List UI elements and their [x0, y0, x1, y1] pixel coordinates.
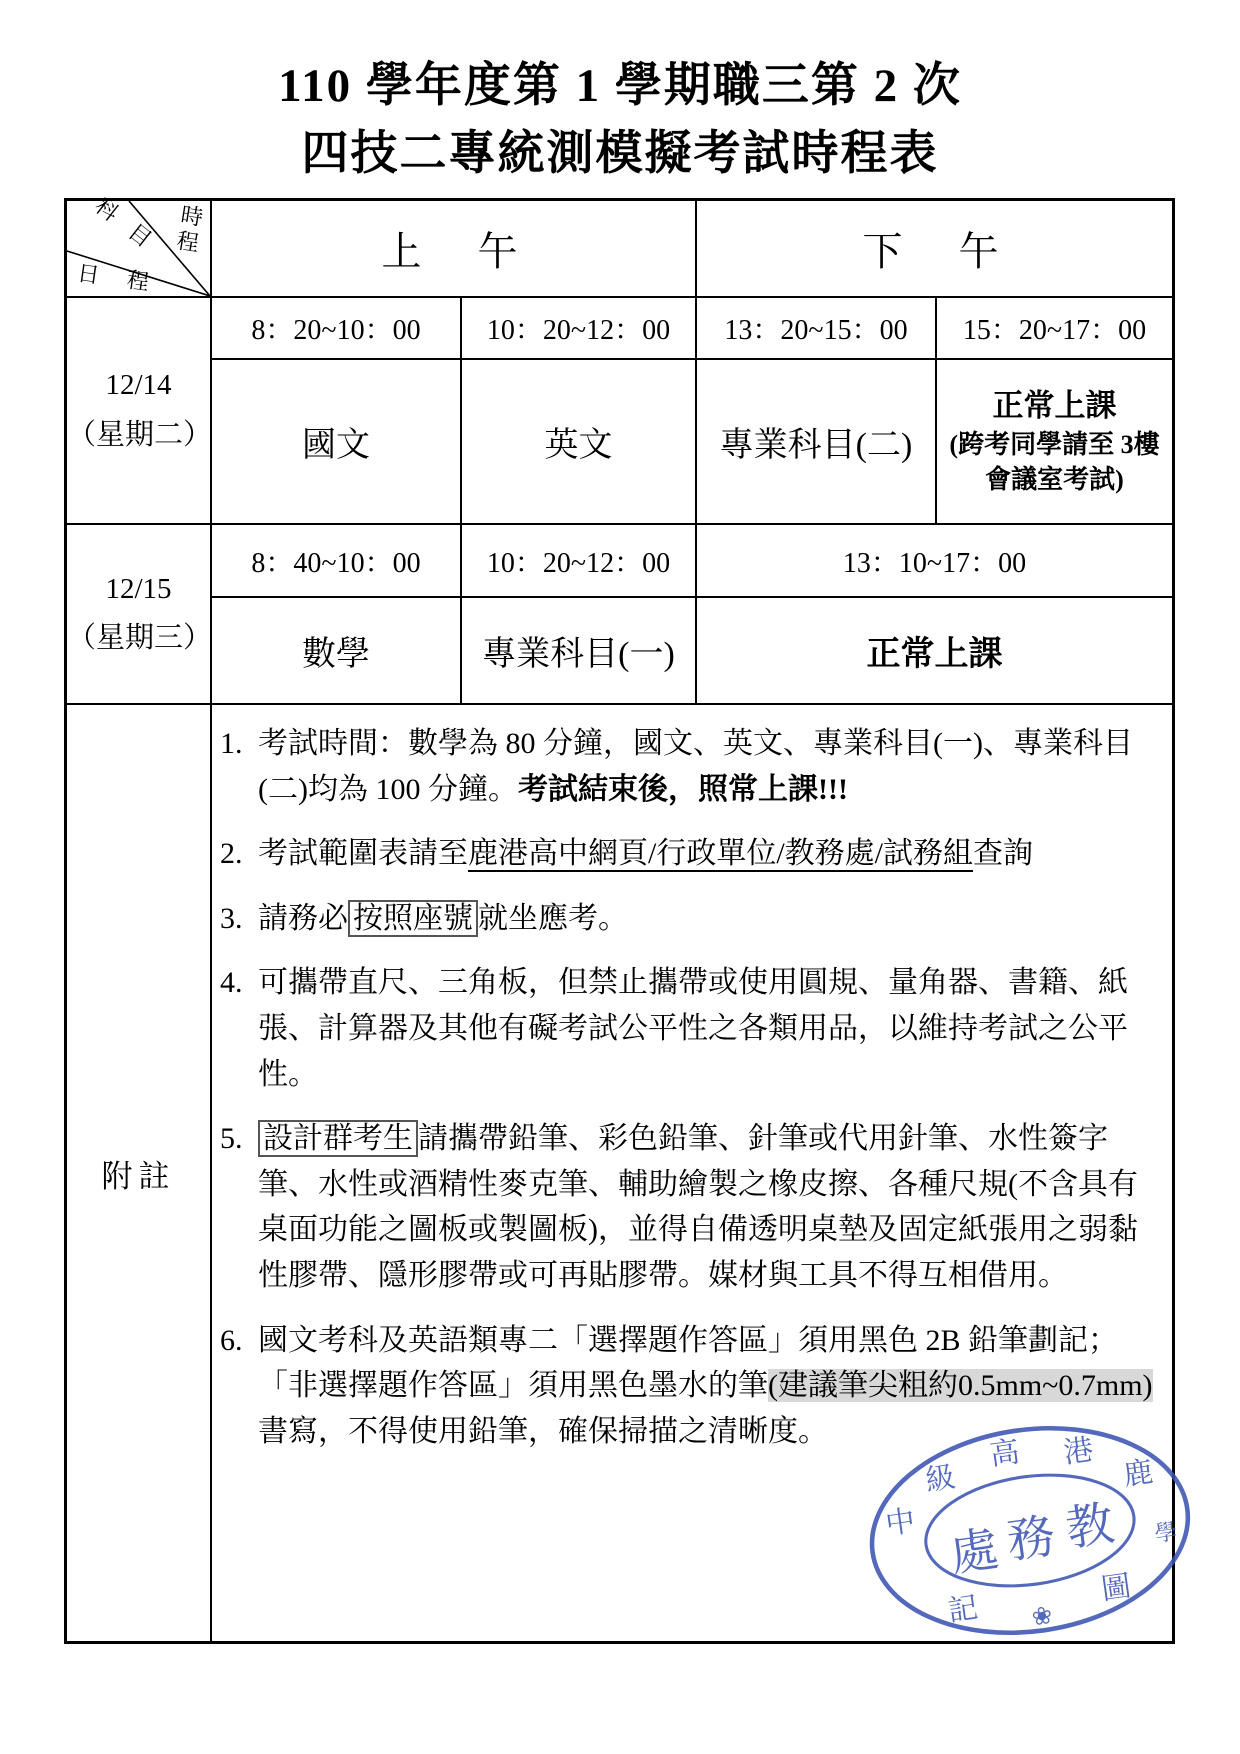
subject-cell: 國文 — [210, 358, 460, 523]
date-value: 12/15 — [105, 565, 171, 614]
stamp-char: 學 — [1153, 1519, 1179, 1547]
stamp-char: 級 — [924, 1462, 958, 1498]
exam-schedule-document: 110 學年度第 1 學期職三第 2 次 四技二專統測模擬考試時程表 時程 科目… — [0, 0, 1240, 1754]
time-slot: 10：20~12：00 — [460, 523, 695, 596]
note-item-5: 5. 設計群考生請攜帶鉛筆、彩色鉛筆、針筆或代用針筆、水性簽字筆、水性或酒精性麥… — [220, 1116, 1158, 1298]
note-text: 考試時間：數學為 80 分鐘，國文、英文、專業科目(一)、專業科目(二)均為 1… — [258, 721, 1158, 812]
subject-cell: 英文 — [460, 358, 695, 523]
stamp-plum-blossom-icon: ❀ — [1030, 1602, 1054, 1632]
afternoon-header: 下 午 — [695, 201, 1172, 296]
note-segment-boxed: 按照座號 — [348, 900, 478, 937]
note-segment: 可攜帶直尺、三角板，但禁止攜帶或使用圓規、量角器、書籍、紙張、計算器及其他有礙考… — [258, 966, 1128, 1090]
subject-cell-normal-class: 正常上課 (跨考同學請至 3樓會議室考試) — [935, 358, 1172, 523]
note-number: 2. — [220, 831, 258, 877]
note-number: 3. — [220, 896, 258, 942]
note-text: 考試範圍表請至鹿港高中網頁/行政單位/教務處/試務組查詢 — [258, 831, 1158, 877]
stamp-inner-text: 處 務 教 — [946, 1497, 1119, 1582]
note-segment: 考試範圍表請至 — [258, 837, 468, 870]
note-segment-boxed: 設計群考生 — [258, 1120, 418, 1157]
note-segment-bold: 考試結束後，照常上課!!! — [518, 773, 848, 806]
stamp-char: 圖 — [1099, 1571, 1133, 1607]
note-number: 5. — [220, 1116, 258, 1298]
note-segment: 書寫，不得使用鉛筆，確保掃描之清晰度。 — [258, 1415, 828, 1448]
time-slot: 8：40~10：00 — [210, 523, 460, 596]
stamp-char: 鹿 — [1121, 1455, 1155, 1492]
note-number: 4. — [220, 960, 258, 1097]
stamp-inner-ellipse — [919, 1462, 1142, 1598]
note-number: 1. — [220, 721, 258, 812]
subject-cell: 專業科目(一) — [460, 596, 695, 703]
document-title: 110 學年度第 1 學期職三第 2 次 四技二專統測模擬考試時程表 — [0, 52, 1240, 188]
corner-header-cell: 時程 科目 日程 — [67, 201, 210, 296]
note-segment: 就坐應考。 — [478, 902, 628, 935]
time-slot: 8：20~10：00 — [210, 296, 460, 358]
date-cell-1214: 12/14 （星期二） — [67, 296, 210, 523]
note-text: 請務必按照座號就坐應考。 — [258, 896, 1158, 942]
schedule-table: 時程 科目 日程 上 午 下 午 12/14 （星期二） 8：20~10：00 … — [64, 198, 1175, 1644]
note-text: 可攜帶直尺、三角板，但禁止攜帶或使用圓規、量角器、書籍、紙張、計算器及其他有礙考… — [258, 960, 1158, 1097]
note-number: 6. — [220, 1318, 258, 1455]
morning-header: 上 午 — [210, 201, 695, 296]
subject-cell: 數學 — [210, 596, 460, 703]
notes-content: 1. 考試時間：數學為 80 分鐘，國文、英文、專業科目(一)、專業科目(二)均… — [210, 703, 1172, 1641]
time-slot: 15：20~17：00 — [935, 296, 1172, 358]
stamp-char: 處 — [947, 1523, 1002, 1582]
note-item-4: 4. 可攜帶直尺、三角板，但禁止攜帶或使用圓規、量角器、書籍、紙張、計算器及其他… — [220, 960, 1158, 1097]
note-segment: 請務必 — [258, 902, 348, 935]
date-value: 12/14 — [105, 361, 171, 410]
note-item-3: 3. 請務必按照座號就坐應考。 — [220, 896, 1158, 942]
time-slot: 10：20~12：00 — [460, 296, 695, 358]
weekday-value: （星期三） — [67, 614, 210, 663]
note-segment-highlighted: (建議筆尖粗約0.5mm~0.7mm) — [768, 1369, 1153, 1402]
normal-class-label: 正常上課 — [993, 386, 1117, 426]
stamp-char: 教 — [1063, 1497, 1118, 1556]
title-line-1: 110 學年度第 1 學期職三第 2 次 — [0, 52, 1240, 120]
stamp-char: 務 — [1004, 1510, 1059, 1569]
date-cell-1215: 12/15 （星期三） — [67, 523, 210, 703]
note-segment: 查詢 — [973, 837, 1033, 870]
stamp-char: 中 — [883, 1504, 917, 1541]
subject-cell: 專業科目(二) — [695, 358, 935, 523]
note-segment-underlined: 鹿港高中網頁/行政單位/教務處/試務組 — [468, 837, 973, 870]
normal-class-note: (跨考同學請至 3樓會議室考試) — [941, 427, 1168, 497]
stamp-char: 記 — [946, 1591, 980, 1628]
note-item-1: 1. 考試時間：數學為 80 分鐘，國文、英文、專業科目(一)、專業科目(二)均… — [220, 721, 1158, 812]
note-item-6: 6. 國文考科及英語類專二「選擇題作答區」須用黑色 2B 鉛筆劃記；「非選擇題作… — [220, 1318, 1158, 1455]
note-text: 國文考科及英語類專二「選擇題作答區」須用黑色 2B 鉛筆劃記；「非選擇題作答區」… — [258, 1318, 1158, 1455]
time-slot: 13：20~15：00 — [695, 296, 935, 358]
notes-label: 附註 — [67, 703, 210, 1641]
weekday-value: （星期二） — [67, 411, 210, 460]
note-item-2: 2. 考試範圍表請至鹿港高中網頁/行政單位/教務處/試務組查詢 — [220, 831, 1158, 877]
title-line-2: 四技二專統測模擬考試時程表 — [0, 120, 1240, 188]
note-text: 設計群考生請攜帶鉛筆、彩色鉛筆、針筆或代用針筆、水性簽字筆、水性或酒精性麥克筆、… — [258, 1116, 1158, 1298]
time-slot: 13：10~17：00 — [695, 523, 1172, 596]
subject-cell-normal-class: 正常上課 — [695, 596, 1172, 703]
